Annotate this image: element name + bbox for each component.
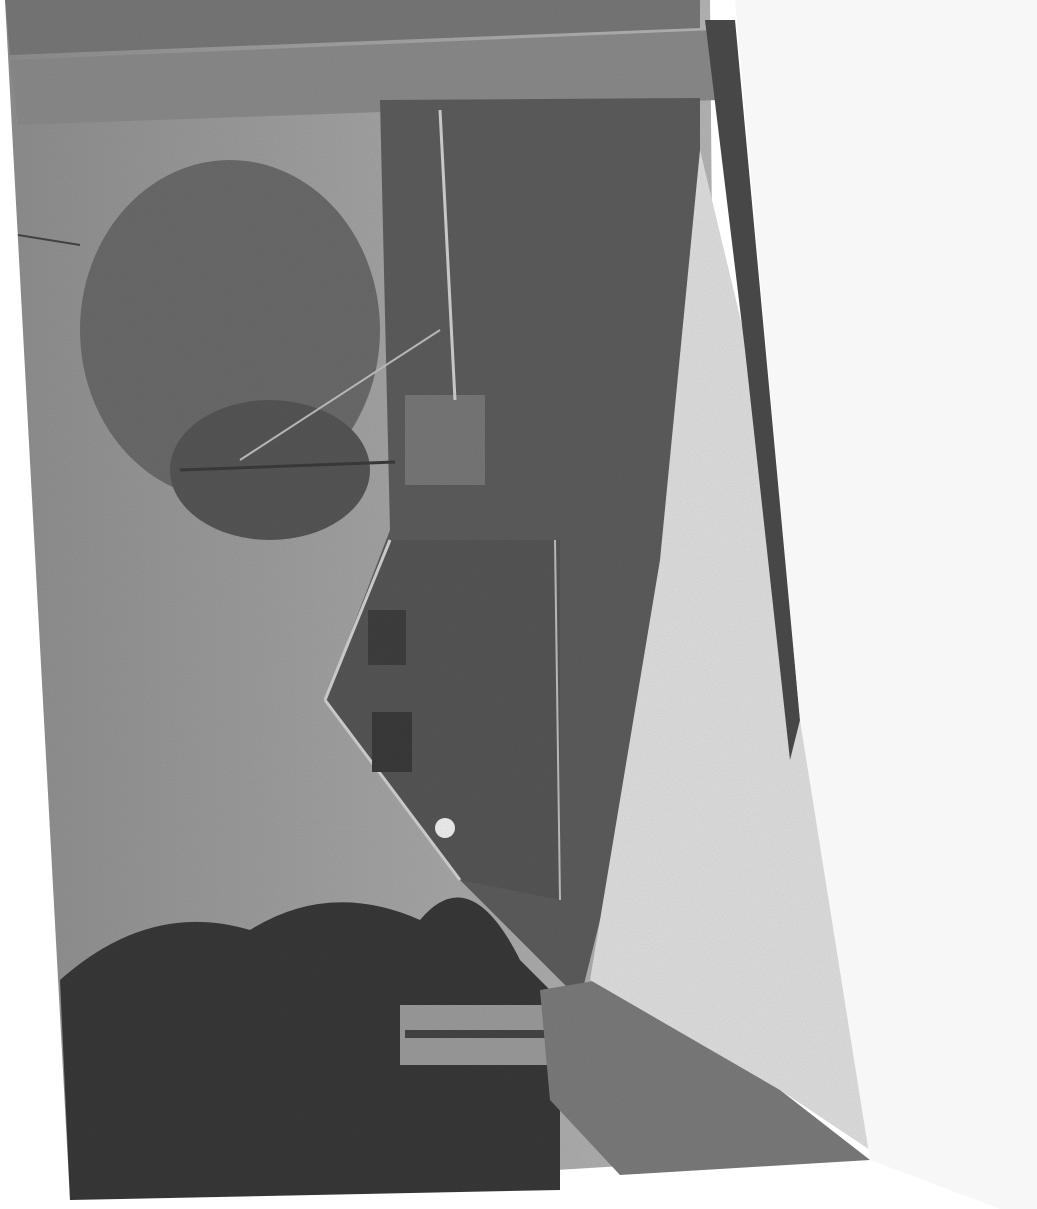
house-photo-scene (0, 0, 1037, 1209)
photograph (0, 0, 1037, 1209)
window (368, 610, 406, 665)
window (372, 712, 412, 772)
window (405, 395, 485, 485)
